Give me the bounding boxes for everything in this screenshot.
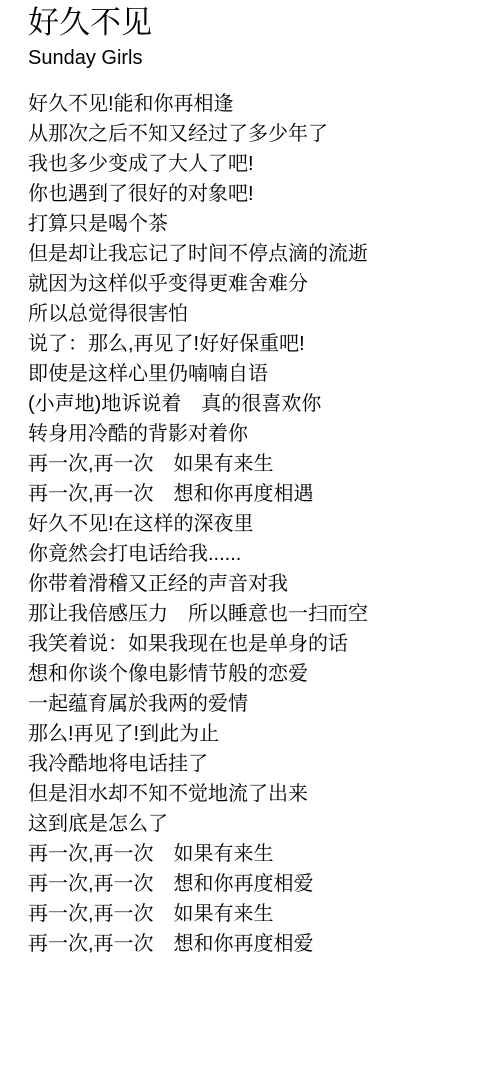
lyric-line: 你竟然会打电话给我......: [28, 539, 480, 569]
lyric-line: 转身用冷酷的背影对着你: [28, 419, 480, 449]
lyric-line: 那么!再见了!到此为止: [28, 719, 480, 749]
lyric-line: 就因为这样似乎变得更难舍难分: [28, 269, 480, 299]
lyric-line: 我也多少变成了大人了吧!: [28, 149, 480, 179]
lyric-line: 我笑着说：如果我现在也是单身的话: [28, 629, 480, 659]
lyric-line: 即使是这样心里仍喃喃自语: [28, 359, 480, 389]
lyric-line: 再一次,再一次 想和你再度相爱: [28, 929, 480, 959]
lyric-line: 想和你谈个像电影情节般的恋爱: [28, 659, 480, 689]
lyric-line: 打算只是喝个茶: [28, 209, 480, 239]
lyric-line: (小声地)地诉说着 真的很喜欢你: [28, 389, 480, 419]
lyric-line: 你也遇到了很好的对象吧!: [28, 179, 480, 209]
lyric-line: 这到底是怎么了: [28, 809, 480, 839]
lyric-line: 从那次之后不知又经过了多少年了: [28, 119, 480, 149]
lyric-line: 所以总觉得很害怕: [28, 299, 480, 329]
lyric-line: 好久不见!能和你再相逢: [28, 89, 480, 119]
lyric-line: 一起蕴育属於我两的爱情: [28, 689, 480, 719]
lyric-line: 再一次,再一次 想和你再度相爱: [28, 869, 480, 899]
lyric-line: 再一次,再一次 想和你再度相遇: [28, 479, 480, 509]
lyric-line: 说了：那么,再见了!好好保重吧!: [28, 329, 480, 359]
lyric-line: 再一次,再一次 如果有来生: [28, 839, 480, 869]
lyric-line: 我冷酷地将电话挂了: [28, 749, 480, 779]
lyric-line: 再一次,再一次 如果有来生: [28, 899, 480, 929]
lyric-line: 但是却让我忘记了时间不停点滴的流逝: [28, 239, 480, 269]
lyric-line: 你带着滑稽又正经的声音对我: [28, 569, 480, 599]
lyric-line: 再一次,再一次 如果有来生: [28, 449, 480, 479]
lyric-line: 那让我倍感压力 所以睡意也一扫而空: [28, 599, 480, 629]
lyric-line: 但是泪水却不知不觉地流了出来: [28, 779, 480, 809]
song-title: 好久不见: [28, 5, 480, 41]
lyric-line: 好久不见!在这样的深夜里: [28, 509, 480, 539]
artist-name: Sunday Girls: [28, 46, 480, 70]
lyrics-page: 好久不见 Sunday Girls 好久不见!能和你再相逢 从那次之后不知又经过…: [0, 0, 500, 959]
lyrics-block: 好久不见!能和你再相逢 从那次之后不知又经过了多少年了 我也多少变成了大人了吧!…: [28, 89, 480, 959]
